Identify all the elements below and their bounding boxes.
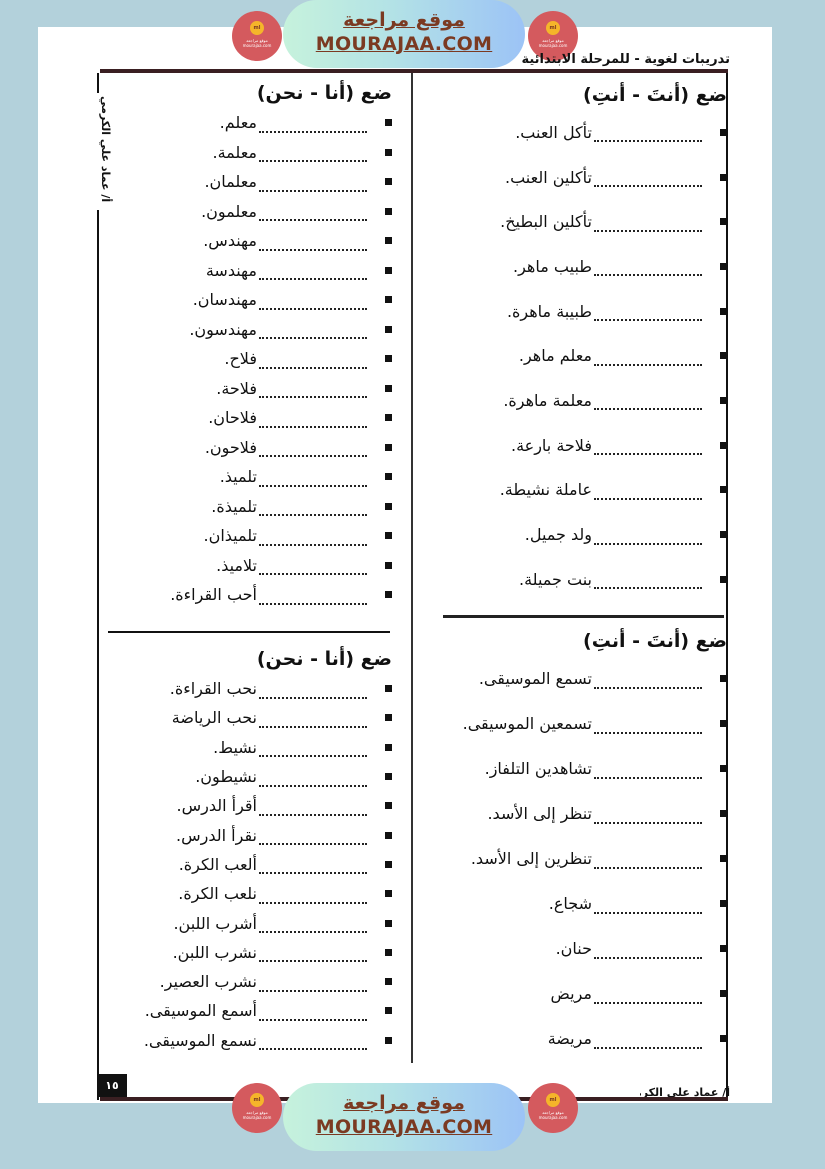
answer-blank[interactable] bbox=[259, 802, 367, 816]
square-bullet-icon bbox=[720, 531, 727, 538]
answer-blank[interactable] bbox=[259, 714, 367, 728]
exercise-item: طبيبة ماهرة. bbox=[445, 289, 727, 334]
square-bullet-icon bbox=[385, 920, 392, 927]
answer-blank[interactable] bbox=[594, 128, 702, 142]
item-text: تنظر إلى الأسد. bbox=[487, 804, 592, 823]
item-text: تشاهدين التلفاز. bbox=[485, 759, 592, 778]
answer-blank[interactable] bbox=[259, 237, 367, 251]
item-text: تلميذ. bbox=[220, 467, 257, 486]
brand-banner-top[interactable]: موقع مراجعة MOURAJAA.COM bbox=[283, 0, 525, 68]
item-text: نلعب الكرة. bbox=[178, 884, 257, 903]
item-text: مريض bbox=[551, 984, 592, 1003]
item-text: نشيطون. bbox=[195, 767, 257, 786]
answer-blank[interactable] bbox=[259, 207, 367, 221]
square-bullet-icon bbox=[385, 861, 392, 868]
square-bullet-icon bbox=[385, 978, 392, 985]
exercise-item: فلاحة. bbox=[110, 374, 392, 404]
square-bullet-icon bbox=[720, 675, 727, 682]
exercise-item: حنان. bbox=[445, 926, 727, 971]
answer-blank[interactable] bbox=[259, 1007, 367, 1021]
square-bullet-icon bbox=[720, 855, 727, 862]
item-text: تأكل العنب. bbox=[515, 123, 592, 142]
brand-name-english[interactable]: MOURAJAA.COM bbox=[283, 1115, 525, 1139]
brand-logo-right-bottom[interactable]: ml موقع مراجعة mourajaa.com bbox=[528, 1083, 578, 1133]
item-text: معلم. bbox=[220, 113, 257, 132]
answer-blank[interactable] bbox=[594, 486, 702, 500]
item-text: تأكلين البطيخ. bbox=[500, 212, 592, 231]
exercise-item: نقرأ الدرس. bbox=[110, 820, 392, 849]
exercise-item: معلم ماهر. bbox=[445, 333, 727, 378]
logo-caption-en: mourajaa.com bbox=[232, 43, 282, 48]
item-text: معلمة ماهرة. bbox=[503, 391, 592, 410]
exercise-item: مريض bbox=[445, 971, 727, 1016]
item-text: شجاع. bbox=[549, 894, 592, 913]
square-bullet-icon bbox=[385, 296, 392, 303]
item-text: حنان. bbox=[556, 939, 592, 958]
section-left-bottom: ضع (أنا - نحن) نحب القراءة.نحب الرياضةنش… bbox=[110, 646, 392, 1055]
section-right-bottom: ضع (أنتَ - أنتِ) تسمع الموسيقى.تسمعين ال… bbox=[445, 628, 727, 1061]
item-text: فلاح. bbox=[224, 349, 257, 368]
answer-blank[interactable] bbox=[259, 890, 367, 904]
exercise-item: أحب القراءة. bbox=[110, 580, 392, 610]
answer-blank[interactable] bbox=[259, 978, 367, 992]
item-text: بنت جميلة. bbox=[519, 570, 592, 589]
exercise-item: معلمة ماهرة. bbox=[445, 378, 727, 423]
square-bullet-icon bbox=[720, 810, 727, 817]
answer-blank[interactable] bbox=[259, 743, 367, 757]
teacher-name-note: أ/ عماد علي الكرمي bbox=[82, 92, 112, 207]
exercise-item: تلميذ. bbox=[110, 462, 392, 492]
square-bullet-icon bbox=[720, 486, 727, 493]
section-title: ضع (أنتَ - أنتِ) bbox=[445, 628, 727, 654]
item-text: مريضة bbox=[548, 1029, 592, 1048]
exercise-list: تأكل العنب.تأكلين العنب.تأكلين البطيخ.طب… bbox=[445, 110, 727, 602]
item-text: تلاميذ. bbox=[216, 556, 257, 575]
answer-blank[interactable] bbox=[259, 325, 367, 339]
section-right-top: ضع (أنتَ - أنتِ) تأكل العنب.تأكلين العنب… bbox=[445, 82, 727, 602]
square-bullet-icon bbox=[720, 308, 727, 315]
exercise-item: نحب الرياضة bbox=[110, 703, 392, 732]
item-text: مهندسة bbox=[206, 261, 257, 280]
answer-blank[interactable] bbox=[259, 119, 367, 133]
square-bullet-icon bbox=[385, 802, 392, 809]
exercise-item: معلم. bbox=[110, 108, 392, 138]
answer-blank[interactable] bbox=[259, 860, 367, 874]
answer-blank[interactable] bbox=[259, 414, 367, 428]
square-bullet-icon bbox=[720, 129, 727, 136]
answer-blank[interactable] bbox=[594, 531, 702, 545]
item-text: أقرأ الدرس. bbox=[176, 796, 257, 815]
exercise-item: مهندس. bbox=[110, 226, 392, 256]
item-text: مهندس. bbox=[203, 231, 257, 250]
square-bullet-icon bbox=[720, 1035, 727, 1042]
document-title: تدريبات لغوية - للمرحلة الابتدائية bbox=[520, 52, 730, 67]
square-bullet-icon bbox=[720, 720, 727, 727]
answer-blank[interactable] bbox=[594, 352, 702, 366]
square-bullet-icon bbox=[720, 990, 727, 997]
item-text: فلاحان. bbox=[208, 408, 257, 427]
exercise-item: نحب القراءة. bbox=[110, 674, 392, 703]
logo-caption-en: mourajaa.com bbox=[528, 43, 578, 48]
exercise-list: تسمع الموسيقى.تسمعين الموسيقى.تشاهدين ال… bbox=[445, 656, 727, 1061]
answer-blank[interactable] bbox=[594, 900, 702, 914]
square-bullet-icon bbox=[385, 414, 392, 421]
answer-blank[interactable] bbox=[259, 1036, 367, 1050]
answer-blank[interactable] bbox=[594, 990, 702, 1004]
exercise-item: نشيطون. bbox=[110, 762, 392, 791]
square-bullet-icon bbox=[385, 149, 392, 156]
item-text: مهندسان. bbox=[193, 290, 257, 309]
item-text: نشرب اللبن. bbox=[173, 943, 257, 962]
answer-blank[interactable] bbox=[594, 262, 702, 276]
square-bullet-icon bbox=[385, 949, 392, 956]
item-text: معلمان. bbox=[204, 172, 257, 191]
square-bullet-icon bbox=[385, 444, 392, 451]
exercise-item: أقرأ الدرس. bbox=[110, 791, 392, 820]
exercise-item: تأكل العنب. bbox=[445, 110, 727, 155]
exercise-item: شجاع. bbox=[445, 881, 727, 926]
item-text: تلميذان. bbox=[203, 526, 257, 545]
answer-blank[interactable] bbox=[259, 948, 367, 962]
item-text: معلمون. bbox=[201, 202, 257, 221]
exercise-item: ألعب الكرة. bbox=[110, 850, 392, 879]
square-bullet-icon bbox=[385, 267, 392, 274]
answer-blank[interactable] bbox=[594, 855, 702, 869]
square-bullet-icon bbox=[720, 945, 727, 952]
exercise-item: فلاح. bbox=[110, 344, 392, 374]
exercise-item: بنت جميلة. bbox=[445, 557, 727, 602]
logo-caption-en: mourajaa.com bbox=[232, 1115, 282, 1120]
exercise-item: مريضة bbox=[445, 1016, 727, 1061]
answer-blank[interactable] bbox=[259, 296, 367, 310]
item-text: فلاحة بارعة. bbox=[511, 436, 592, 455]
exercise-item: نشرب العصير. bbox=[110, 967, 392, 996]
logo-badge-icon: ml bbox=[546, 1093, 560, 1107]
exercise-item: تأكلين البطيخ. bbox=[445, 199, 727, 244]
logo-badge-icon: ml bbox=[546, 21, 560, 35]
section-left-top: ضع (أنا - نحن) معلم.معلمة.معلمان.معلمون.… bbox=[110, 80, 392, 610]
answer-blank[interactable] bbox=[594, 945, 702, 959]
item-text: تسمعين الموسيقى. bbox=[463, 714, 592, 733]
answer-blank[interactable] bbox=[259, 502, 367, 516]
logo-badge-icon: ml bbox=[250, 1093, 264, 1107]
exercise-list: معلم.معلمة.معلمان.معلمون.مهندس.مهندسةمهن… bbox=[110, 108, 392, 610]
exercise-item: نشيط. bbox=[110, 733, 392, 762]
item-text: نحب الرياضة bbox=[172, 708, 257, 727]
brand-logo-left-top[interactable]: ml موقع مراجعة mourajaa.com bbox=[232, 11, 282, 61]
square-bullet-icon bbox=[385, 1037, 392, 1044]
square-bullet-icon bbox=[720, 442, 727, 449]
section-title: ضع (أنتَ - أنتِ) bbox=[445, 82, 727, 108]
brand-banner-bottom[interactable]: موقع مراجعة MOURAJAA.COM bbox=[283, 1083, 525, 1151]
section-title: ضع (أنا - نحن) bbox=[110, 646, 392, 672]
answer-blank[interactable] bbox=[259, 473, 367, 487]
answer-blank[interactable] bbox=[594, 441, 702, 455]
section-title: ضع (أنا - نحن) bbox=[110, 80, 392, 106]
square-bullet-icon bbox=[720, 765, 727, 772]
square-bullet-icon bbox=[385, 562, 392, 569]
square-bullet-icon bbox=[720, 352, 727, 359]
item-text: أشرب اللبن. bbox=[173, 914, 257, 933]
item-text: نحب القراءة. bbox=[170, 679, 257, 698]
brand-name-arabic[interactable]: موقع مراجعة bbox=[283, 1083, 525, 1115]
item-text: معلمة. bbox=[213, 143, 258, 162]
exercise-item: نشرب اللبن. bbox=[110, 938, 392, 967]
exercise-item: تسمع الموسيقى. bbox=[445, 656, 727, 701]
answer-blank[interactable] bbox=[594, 675, 702, 689]
exercise-item: عاملة نشيطة. bbox=[445, 468, 727, 513]
exercise-item: تشاهدين التلفاز. bbox=[445, 746, 727, 791]
logo-caption-en: mourajaa.com bbox=[528, 1115, 578, 1120]
square-bullet-icon bbox=[720, 218, 727, 225]
section-separator-left bbox=[108, 631, 390, 633]
square-bullet-icon bbox=[385, 1007, 392, 1014]
brand-name-arabic[interactable]: موقع مراجعة bbox=[283, 0, 525, 32]
answer-blank[interactable] bbox=[259, 561, 367, 575]
item-text: عاملة نشيطة. bbox=[500, 480, 592, 499]
exercise-item: تنظر إلى الأسد. bbox=[445, 791, 727, 836]
answer-blank[interactable] bbox=[259, 919, 367, 933]
answer-blank[interactable] bbox=[259, 773, 367, 787]
item-text: تأكلين العنب. bbox=[505, 168, 592, 187]
exercise-item: ولد جميل. bbox=[445, 512, 727, 557]
top-rule bbox=[100, 69, 728, 73]
square-bullet-icon bbox=[385, 503, 392, 510]
answer-blank[interactable] bbox=[259, 831, 367, 845]
item-text: تسمع الموسيقى. bbox=[479, 669, 592, 688]
answer-blank[interactable] bbox=[594, 720, 702, 734]
answer-blank[interactable] bbox=[259, 591, 367, 605]
square-bullet-icon bbox=[385, 773, 392, 780]
square-bullet-icon bbox=[385, 532, 392, 539]
exercise-item: مهندسة bbox=[110, 256, 392, 286]
answer-blank[interactable] bbox=[594, 307, 702, 321]
square-bullet-icon bbox=[385, 385, 392, 392]
square-bullet-icon bbox=[385, 591, 392, 598]
item-text: نسمع الموسيقى. bbox=[144, 1031, 257, 1050]
square-bullet-icon bbox=[385, 237, 392, 244]
item-text: فلاحة. bbox=[216, 379, 257, 398]
answer-blank[interactable] bbox=[259, 685, 367, 699]
square-bullet-icon bbox=[720, 900, 727, 907]
square-bullet-icon bbox=[385, 832, 392, 839]
exercise-item: طبيب ماهر. bbox=[445, 244, 727, 289]
square-bullet-icon bbox=[385, 473, 392, 480]
answer-blank[interactable] bbox=[259, 355, 367, 369]
exercise-item: فلاحة بارعة. bbox=[445, 423, 727, 468]
item-text: تلميذة. bbox=[211, 497, 257, 516]
column-divider bbox=[411, 73, 413, 1063]
item-text: أحب القراءة. bbox=[170, 585, 257, 604]
square-bullet-icon bbox=[385, 714, 392, 721]
logo-badge-icon: ml bbox=[250, 21, 264, 35]
square-bullet-icon bbox=[720, 174, 727, 181]
exercise-item: معلمان. bbox=[110, 167, 392, 197]
item-text: طبيب ماهر. bbox=[513, 257, 592, 276]
exercise-item: مهندسان. bbox=[110, 285, 392, 315]
exercise-item: تنظرين إلى الأسد. bbox=[445, 836, 727, 881]
answer-blank[interactable] bbox=[594, 1035, 702, 1049]
answer-blank[interactable] bbox=[259, 178, 367, 192]
square-bullet-icon bbox=[385, 890, 392, 897]
exercise-item: نسمع الموسيقى. bbox=[110, 1026, 392, 1055]
answer-blank[interactable] bbox=[259, 266, 367, 280]
item-text: نشرب العصير. bbox=[160, 972, 257, 991]
item-text: فلاحون. bbox=[205, 438, 257, 457]
exercise-item: مهندسون. bbox=[110, 315, 392, 345]
frame-border-left bbox=[97, 210, 99, 1100]
answer-blank[interactable] bbox=[259, 384, 367, 398]
exercise-item: تأكلين العنب. bbox=[445, 155, 727, 200]
answer-blank[interactable] bbox=[594, 765, 702, 779]
answer-blank[interactable] bbox=[594, 810, 702, 824]
item-text: نشيط. bbox=[213, 738, 257, 757]
exercise-item: تلميذان. bbox=[110, 521, 392, 551]
exercise-item: تلاميذ. bbox=[110, 551, 392, 581]
exercise-item: تلميذة. bbox=[110, 492, 392, 522]
exercise-item: أشرب اللبن. bbox=[110, 908, 392, 937]
item-text: تنظرين إلى الأسد. bbox=[471, 849, 592, 868]
brand-name-english[interactable]: MOURAJAA.COM bbox=[283, 32, 525, 56]
item-text: نقرأ الدرس. bbox=[176, 826, 257, 845]
item-text: معلم ماهر. bbox=[519, 346, 592, 365]
square-bullet-icon bbox=[385, 685, 392, 692]
exercise-item: فلاحان. bbox=[110, 403, 392, 433]
item-text: طبيبة ماهرة. bbox=[507, 302, 592, 321]
answer-blank[interactable] bbox=[594, 396, 702, 410]
exercise-item: معلمون. bbox=[110, 197, 392, 227]
answer-blank[interactable] bbox=[259, 532, 367, 546]
brand-logo-left-bottom[interactable]: ml موقع مراجعة mourajaa.com bbox=[232, 1083, 282, 1133]
section-separator-right bbox=[443, 615, 724, 618]
exercise-item: تسمعين الموسيقى. bbox=[445, 701, 727, 746]
answer-blank[interactable] bbox=[594, 575, 702, 589]
exercise-item: نلعب الكرة. bbox=[110, 879, 392, 908]
exercise-item: معلمة. bbox=[110, 138, 392, 168]
square-bullet-icon bbox=[385, 208, 392, 215]
square-bullet-icon bbox=[385, 178, 392, 185]
answer-blank[interactable] bbox=[259, 148, 367, 162]
square-bullet-icon bbox=[385, 355, 392, 362]
square-bullet-icon bbox=[385, 119, 392, 126]
answer-blank[interactable] bbox=[259, 443, 367, 457]
square-bullet-icon bbox=[720, 576, 727, 583]
exercise-item: أسمع الموسيقى. bbox=[110, 996, 392, 1025]
square-bullet-icon bbox=[720, 263, 727, 270]
exercise-list: نحب القراءة.نحب الرياضةنشيط.نشيطون.أقرأ … bbox=[110, 674, 392, 1055]
item-text: ولد جميل. bbox=[525, 525, 592, 544]
item-text: أسمع الموسيقى. bbox=[145, 1001, 257, 1020]
item-text: مهندسون. bbox=[189, 320, 257, 339]
page-number: ١٥ bbox=[97, 1074, 127, 1097]
item-text: ألعب الكرة. bbox=[179, 855, 257, 874]
square-bullet-icon bbox=[385, 326, 392, 333]
frame-border-left-top bbox=[97, 73, 99, 93]
exercise-item: فلاحون. bbox=[110, 433, 392, 463]
answer-blank[interactable] bbox=[594, 218, 702, 232]
answer-blank[interactable] bbox=[594, 173, 702, 187]
square-bullet-icon bbox=[720, 397, 727, 404]
square-bullet-icon bbox=[385, 744, 392, 751]
